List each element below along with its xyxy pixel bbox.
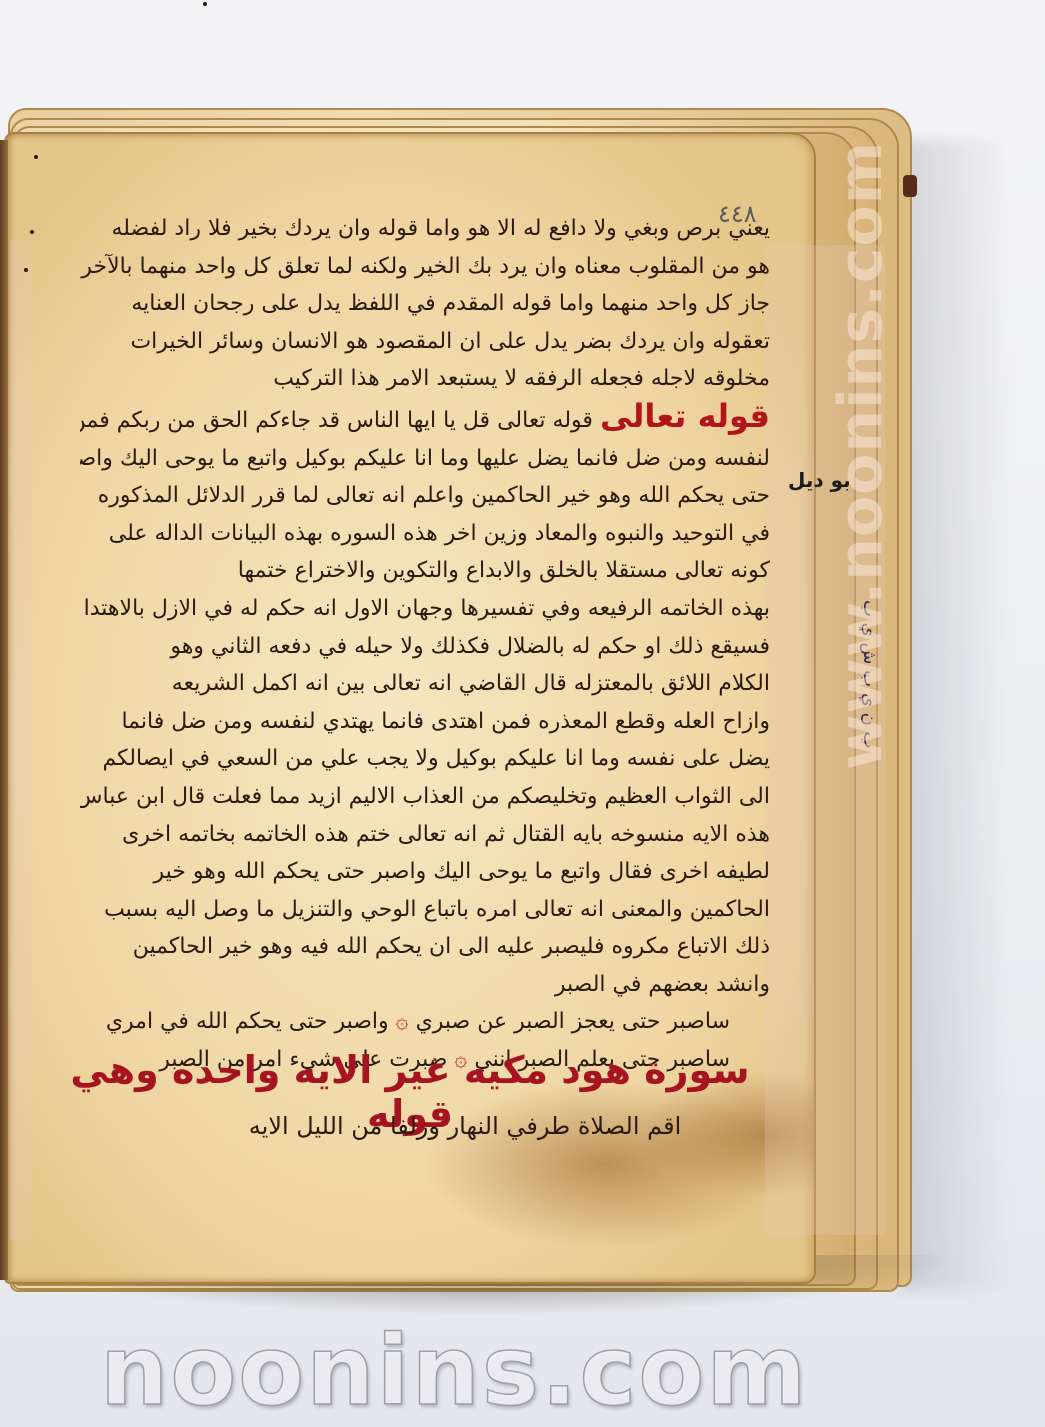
text-line: لنفسه ومن ضل فانما يضل عليها وما انا علي… (80, 440, 770, 478)
text-block: يعني برص وبغي ولا دافع له الا هو واما قو… (80, 210, 770, 1079)
text-line: بهذه الخاتمه الرفيعه وفي تفسيرها وجهان ا… (80, 590, 770, 628)
text-line: حتى يحكم الله وهو خير الحاكمين واعلم انه… (80, 477, 770, 515)
verse-separator: ۞ (389, 1009, 409, 1034)
text-line: ذلك الاتباع مكروه فليصبر عليه الى ان يحك… (80, 928, 770, 966)
poetry-verse: ساصبر حتى يعجز الصبر عن صبري ۞ واصبر حتى… (80, 1003, 770, 1041)
text-line: كونه تعالى مستقلا بالخلق والابداع والتكو… (80, 552, 770, 590)
text-line: يعني برص وبغي ولا دافع له الا هو واما قو… (80, 210, 770, 248)
ink-speck (203, 2, 207, 6)
manuscript-photo: ٤٤٨ يعني برص وبغي ولا دافع له الا هو وام… (0, 0, 1045, 1427)
ink-speck (34, 155, 38, 159)
shadow (900, 140, 1010, 1290)
text-line: في التوحيد والنبوه والمعاد وزين اخر هذه … (80, 515, 770, 553)
page-left-edge (0, 140, 8, 1280)
text-line: الى الثواب العظيم وتخليصكم من العذاب الا… (80, 778, 770, 816)
text-line: الكلام اللائق بالمعتزله قال القاضي انه ت… (80, 665, 770, 703)
text-line: الحاكمين والمعنى انه تعالى امره باتباع ا… (80, 891, 770, 929)
watermark-vertical: www.noonins.com (826, 141, 896, 770)
text-line: قوله تعالى قوله تعالى قل يا ايها الناس ق… (80, 398, 770, 440)
text-line: تعقوله وان يردك بضر يدل على ان المقصود ه… (80, 323, 770, 361)
text-line: فسيقع ذلك او حكم له بالضلال فكذلك ولا حي… (80, 628, 770, 666)
watermark-band (10, 240, 32, 1240)
binding-tab (903, 175, 917, 197)
hemistich: ساصبر حتى يعجز الصبر عن صبري (416, 1009, 730, 1034)
ink-speck (24, 268, 28, 272)
text-line: يضل على نفسه وما انا عليكم بوكيل ولا يجب… (80, 740, 770, 778)
quran-verse-line: اقم الصلاة طرفي النهار وزلفا من الليل ال… (180, 1112, 750, 1140)
poetry-intro: وانشد بعضهم في الصبر (80, 966, 770, 1004)
text-line: لطيفه اخرى فقال واتبع ما يوحى اليك واصبر… (80, 853, 770, 891)
text-line: وازاح العله وقطع المعذره فمن اهتدى فانما… (80, 703, 770, 741)
text-line: مخلوقه لاجله فجعله الرفقه لا يستبعد الام… (80, 360, 770, 398)
ink-speck (30, 230, 34, 234)
text-line: هو من المقلوب معناه وان يرد بك الخير ولك… (80, 248, 770, 286)
watermark-bottom: noonins.com (100, 1315, 808, 1427)
text-line: هذه الايه منسوخه بايه القتال ثم انه تعال… (80, 816, 770, 854)
rubric: قوله تعالى (600, 398, 770, 435)
hemistich: واصبر حتى يحكم الله في امري (106, 1009, 389, 1034)
text-line: جاز كل واحد منهما واما قوله المقدم في ال… (80, 285, 770, 323)
text-span: قوله تعالى قل يا ايها الناس قد جاءكم الح… (80, 408, 593, 433)
